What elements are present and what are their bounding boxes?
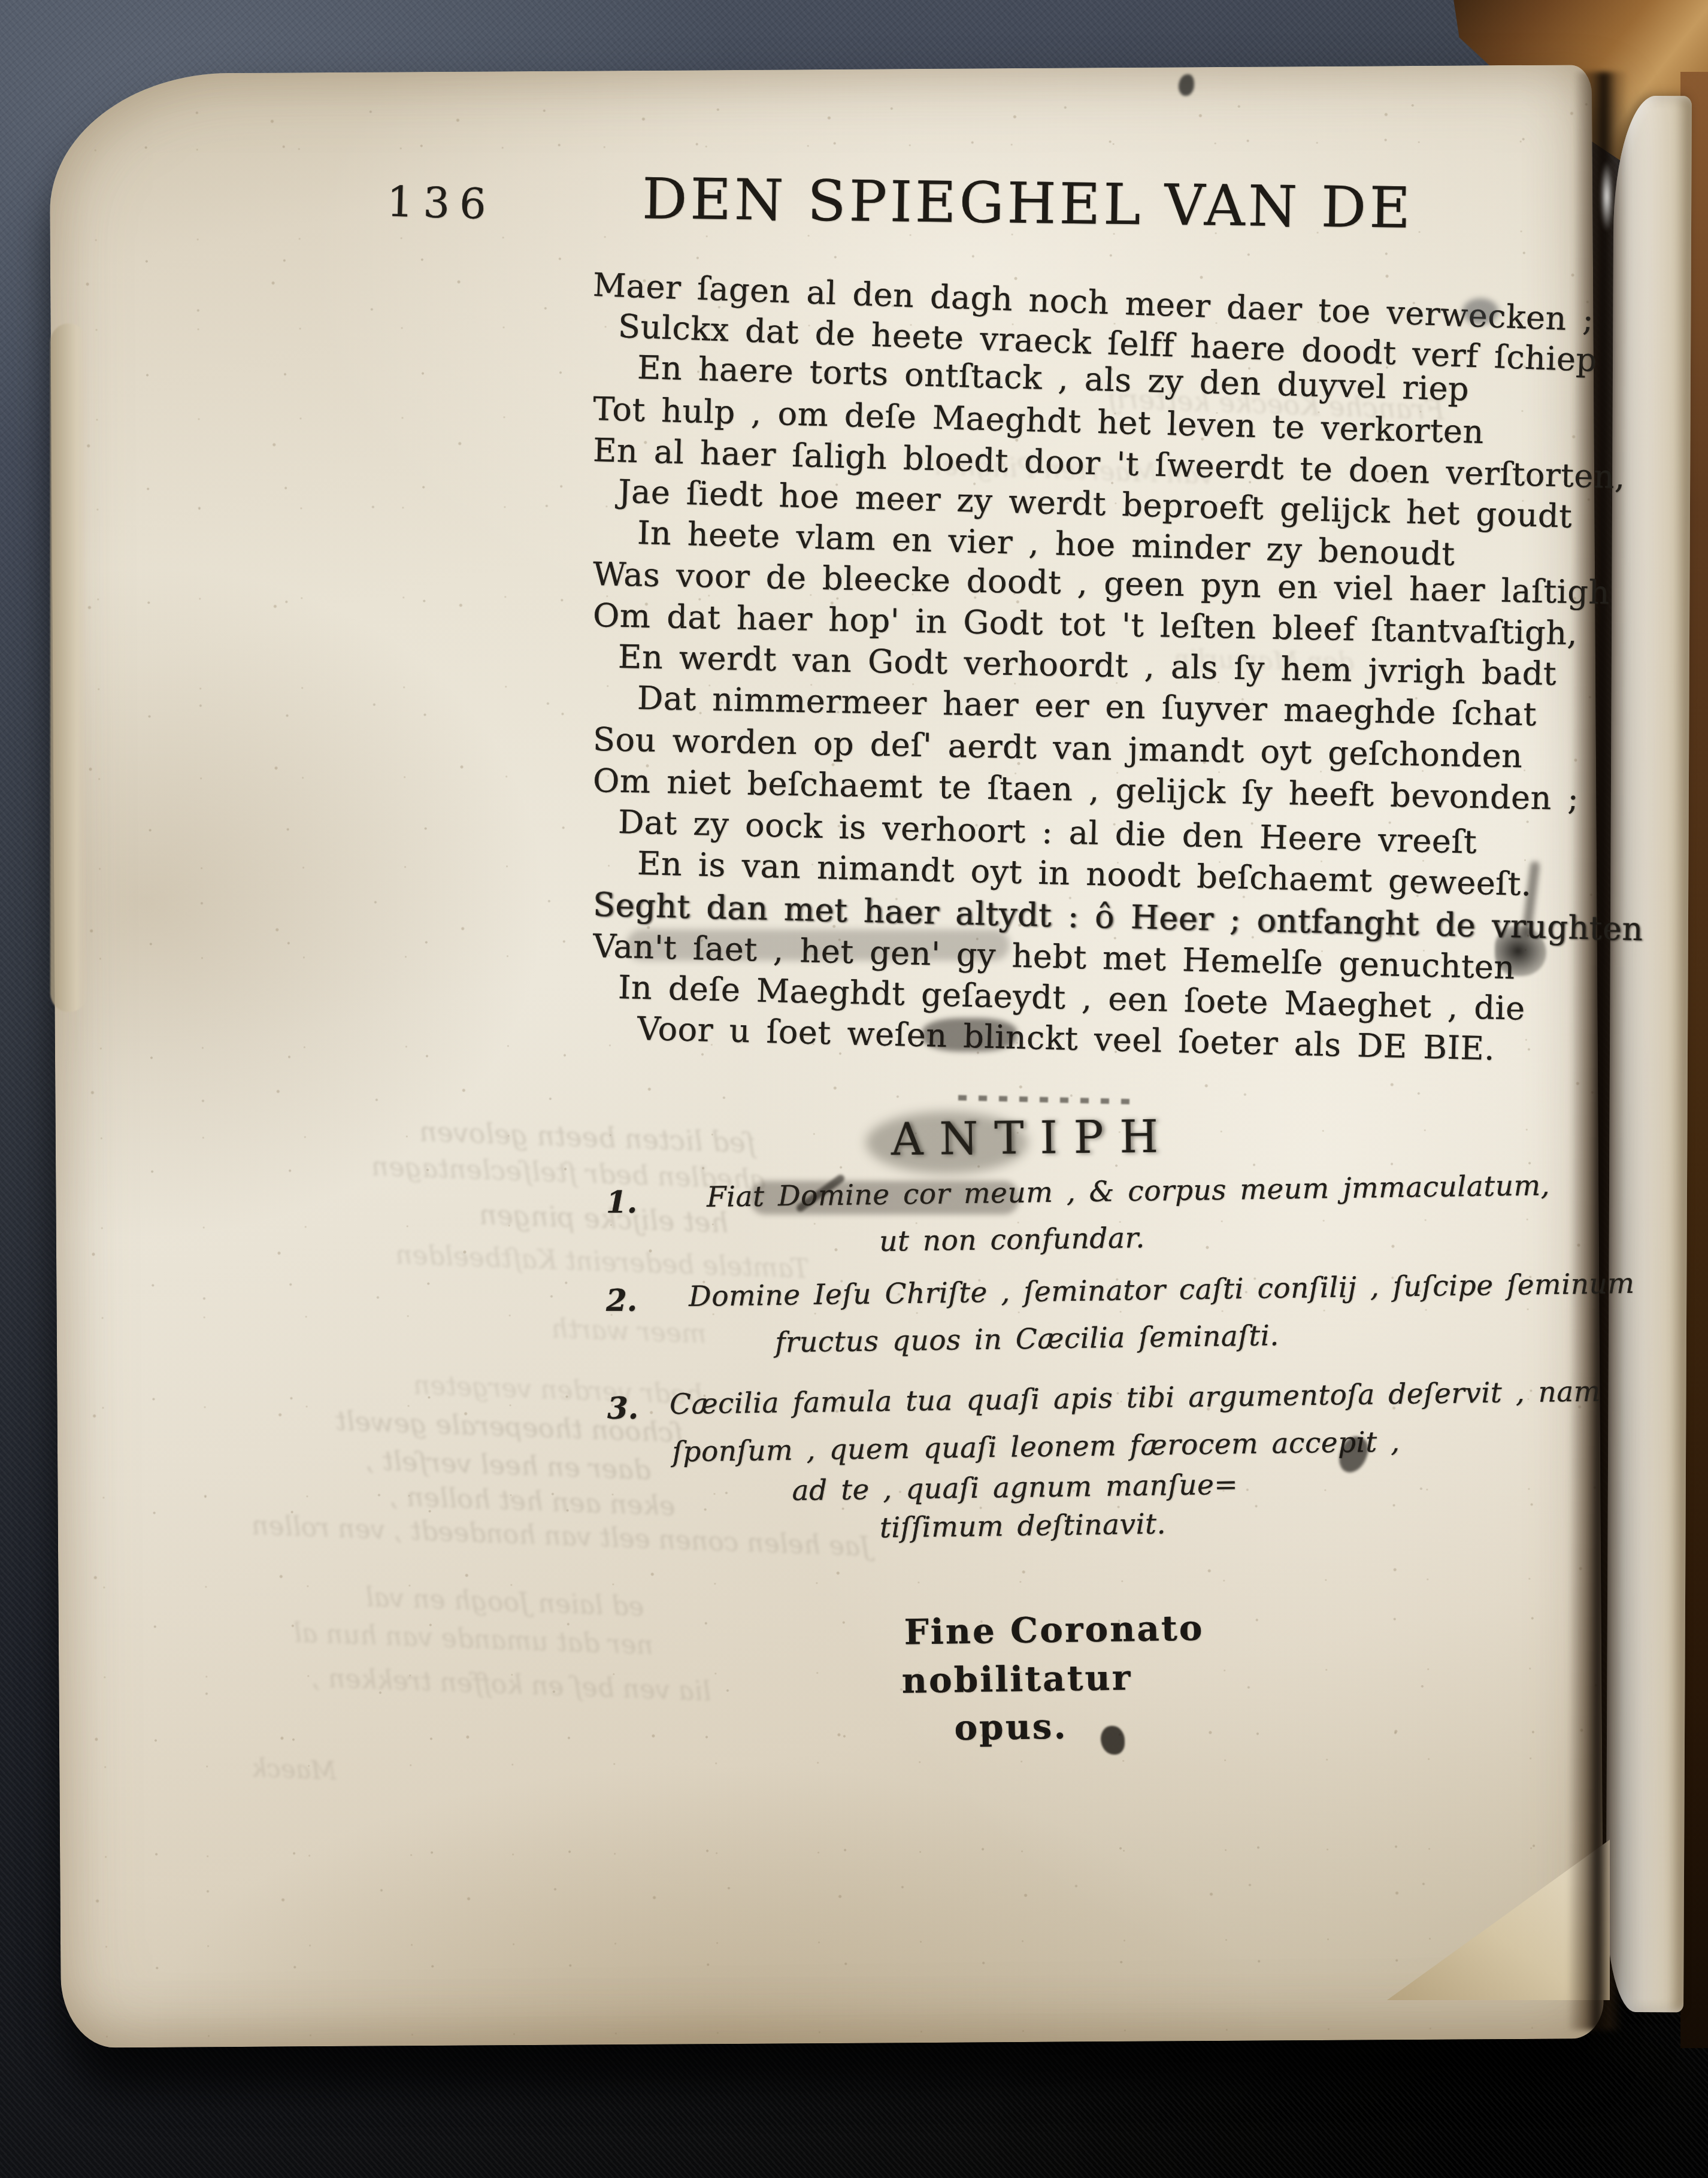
antiphon-heading: ANTIPH xyxy=(891,1111,1175,1166)
colophon-line: opus. xyxy=(801,1704,1221,1750)
book-photo-scene: 136 DEN SPIEGHEL VAN DE Maer ſagen al de… xyxy=(0,0,1708,2178)
colophon-line: nobilitatur xyxy=(807,1656,1227,1703)
antiphon-number: 3. xyxy=(607,1391,638,1426)
antiphon-number: 1. xyxy=(606,1185,637,1220)
ghost-text-line: Maeck xyxy=(251,1753,337,1786)
gutter-highlight xyxy=(1600,160,1613,232)
antiphon-number: 2. xyxy=(606,1283,637,1318)
colophon-line: Fine Coronato xyxy=(844,1607,1264,1653)
running-head-title: DEN SPIEGHEL VAN DE xyxy=(641,166,1413,241)
torn-page-edge xyxy=(50,323,87,1012)
page-number: 136 xyxy=(386,177,496,229)
